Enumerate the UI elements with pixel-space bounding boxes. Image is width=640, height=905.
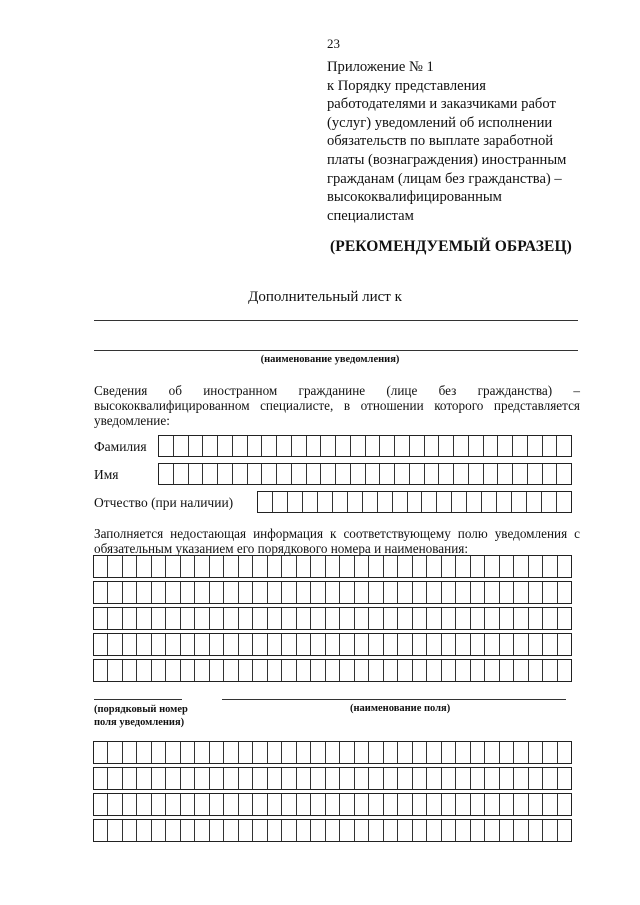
char-cell[interactable] bbox=[248, 436, 263, 456]
char-cell[interactable] bbox=[224, 582, 238, 603]
char-cell[interactable] bbox=[369, 582, 383, 603]
char-cell[interactable] bbox=[210, 768, 224, 789]
char-cell[interactable] bbox=[311, 660, 325, 681]
char-cell[interactable] bbox=[369, 660, 383, 681]
char-cell[interactable] bbox=[355, 556, 369, 577]
char-cell[interactable] bbox=[224, 608, 238, 629]
char-cell[interactable] bbox=[529, 582, 543, 603]
notification-name-line-2[interactable] bbox=[94, 350, 578, 351]
char-cell[interactable] bbox=[253, 794, 267, 815]
char-cell[interactable] bbox=[282, 556, 296, 577]
char-cell[interactable] bbox=[326, 820, 340, 841]
char-cell[interactable] bbox=[152, 820, 166, 841]
char-cell[interactable] bbox=[307, 464, 322, 484]
char-cell[interactable] bbox=[427, 608, 441, 629]
char-cell[interactable] bbox=[514, 582, 528, 603]
char-cell[interactable] bbox=[108, 556, 122, 577]
char-cell[interactable] bbox=[152, 768, 166, 789]
char-cell[interactable] bbox=[485, 820, 499, 841]
char-cell[interactable] bbox=[398, 742, 412, 763]
char-cell[interactable] bbox=[181, 608, 195, 629]
char-cell[interactable] bbox=[514, 794, 528, 815]
char-cell[interactable] bbox=[189, 436, 204, 456]
char-cell[interactable] bbox=[203, 464, 218, 484]
grid-row[interactable] bbox=[93, 767, 572, 790]
char-cell[interactable] bbox=[484, 464, 499, 484]
char-cell[interactable] bbox=[512, 492, 527, 512]
char-cell[interactable] bbox=[277, 464, 292, 484]
char-cell[interactable] bbox=[333, 492, 348, 512]
char-cell[interactable] bbox=[137, 608, 151, 629]
grid-row[interactable] bbox=[93, 659, 572, 682]
char-cell[interactable] bbox=[210, 660, 224, 681]
char-cell[interactable] bbox=[514, 634, 528, 655]
char-cell[interactable] bbox=[471, 742, 485, 763]
char-cell[interactable] bbox=[500, 556, 514, 577]
char-cell[interactable] bbox=[181, 556, 195, 577]
char-cell[interactable] bbox=[485, 768, 499, 789]
char-cell[interactable] bbox=[239, 660, 253, 681]
char-cell[interactable] bbox=[336, 436, 351, 456]
char-cell[interactable] bbox=[282, 768, 296, 789]
char-cell[interactable] bbox=[413, 582, 427, 603]
char-cell[interactable] bbox=[529, 768, 543, 789]
char-cell[interactable] bbox=[500, 820, 514, 841]
char-cell[interactable] bbox=[355, 634, 369, 655]
char-cell[interactable] bbox=[485, 794, 499, 815]
char-cell[interactable] bbox=[543, 742, 557, 763]
char-cell[interactable] bbox=[557, 464, 571, 484]
char-cell[interactable] bbox=[224, 742, 238, 763]
char-cell[interactable] bbox=[355, 794, 369, 815]
char-cell[interactable] bbox=[297, 608, 311, 629]
char-cell[interactable] bbox=[500, 634, 514, 655]
char-cell[interactable] bbox=[94, 556, 108, 577]
char-cell[interactable] bbox=[348, 492, 363, 512]
char-cell[interactable] bbox=[529, 608, 543, 629]
char-cell[interactable] bbox=[218, 436, 233, 456]
char-cell[interactable] bbox=[529, 820, 543, 841]
char-cell[interactable] bbox=[442, 820, 456, 841]
char-cell[interactable] bbox=[442, 768, 456, 789]
char-cell[interactable] bbox=[427, 820, 441, 841]
char-cell[interactable] bbox=[297, 634, 311, 655]
char-cell[interactable] bbox=[297, 582, 311, 603]
char-cell[interactable] bbox=[166, 582, 180, 603]
char-cell[interactable] bbox=[297, 660, 311, 681]
char-cell[interactable] bbox=[413, 768, 427, 789]
grid-row[interactable] bbox=[93, 581, 572, 604]
char-cell[interactable] bbox=[159, 464, 174, 484]
char-cell[interactable] bbox=[152, 660, 166, 681]
char-cell[interactable] bbox=[321, 436, 336, 456]
char-cell[interactable] bbox=[340, 608, 354, 629]
char-cell[interactable] bbox=[366, 436, 381, 456]
char-cell[interactable] bbox=[239, 742, 253, 763]
char-cell[interactable] bbox=[123, 768, 137, 789]
char-cell[interactable] bbox=[471, 768, 485, 789]
char-cell[interactable] bbox=[297, 794, 311, 815]
char-cell[interactable] bbox=[471, 794, 485, 815]
char-cell[interactable] bbox=[94, 742, 108, 763]
char-cell[interactable] bbox=[239, 820, 253, 841]
char-cell[interactable] bbox=[336, 464, 351, 484]
char-cell[interactable] bbox=[378, 492, 393, 512]
char-cell[interactable] bbox=[108, 742, 122, 763]
char-cell[interactable] bbox=[166, 742, 180, 763]
char-cell[interactable] bbox=[513, 436, 528, 456]
char-cell[interactable] bbox=[123, 608, 137, 629]
name-field[interactable] bbox=[158, 463, 572, 485]
missing-info-grid[interactable] bbox=[93, 555, 572, 685]
char-cell[interactable] bbox=[442, 742, 456, 763]
char-cell[interactable] bbox=[380, 464, 395, 484]
char-cell[interactable] bbox=[398, 768, 412, 789]
char-cell[interactable] bbox=[311, 608, 325, 629]
char-cell[interactable] bbox=[195, 660, 209, 681]
char-cell[interactable] bbox=[239, 608, 253, 629]
char-cell[interactable] bbox=[456, 582, 470, 603]
char-cell[interactable] bbox=[427, 582, 441, 603]
char-cell[interactable] bbox=[239, 556, 253, 577]
char-cell[interactable] bbox=[123, 582, 137, 603]
char-cell[interactable] bbox=[137, 634, 151, 655]
char-cell[interactable] bbox=[485, 582, 499, 603]
char-cell[interactable] bbox=[340, 660, 354, 681]
char-cell[interactable] bbox=[166, 820, 180, 841]
char-cell[interactable] bbox=[108, 634, 122, 655]
char-cell[interactable] bbox=[137, 582, 151, 603]
char-cell[interactable] bbox=[137, 768, 151, 789]
char-cell[interactable] bbox=[543, 608, 557, 629]
char-cell[interactable] bbox=[94, 582, 108, 603]
char-cell[interactable] bbox=[137, 794, 151, 815]
char-cell[interactable] bbox=[239, 794, 253, 815]
char-cell[interactable] bbox=[442, 660, 456, 681]
char-cell[interactable] bbox=[224, 820, 238, 841]
char-cell[interactable] bbox=[398, 634, 412, 655]
char-cell[interactable] bbox=[369, 608, 383, 629]
char-cell[interactable] bbox=[543, 768, 557, 789]
char-cell[interactable] bbox=[410, 464, 425, 484]
char-cell[interactable] bbox=[398, 608, 412, 629]
char-cell[interactable] bbox=[326, 582, 340, 603]
char-cell[interactable] bbox=[210, 556, 224, 577]
char-cell[interactable] bbox=[557, 436, 571, 456]
char-cell[interactable] bbox=[253, 608, 267, 629]
char-cell[interactable] bbox=[326, 794, 340, 815]
char-cell[interactable] bbox=[137, 660, 151, 681]
char-cell[interactable] bbox=[268, 608, 282, 629]
char-cell[interactable] bbox=[224, 768, 238, 789]
char-cell[interactable] bbox=[484, 436, 499, 456]
char-cell[interactable] bbox=[152, 794, 166, 815]
char-cell[interactable] bbox=[253, 768, 267, 789]
char-cell[interactable] bbox=[94, 634, 108, 655]
char-cell[interactable] bbox=[529, 556, 543, 577]
char-cell[interactable] bbox=[422, 492, 437, 512]
char-cell[interactable] bbox=[369, 742, 383, 763]
char-cell[interactable] bbox=[268, 556, 282, 577]
char-cell[interactable] bbox=[166, 556, 180, 577]
char-cell[interactable] bbox=[292, 436, 307, 456]
char-cell[interactable] bbox=[326, 634, 340, 655]
grid-row[interactable] bbox=[93, 607, 572, 630]
char-cell[interactable] bbox=[355, 820, 369, 841]
char-cell[interactable] bbox=[248, 464, 263, 484]
char-cell[interactable] bbox=[528, 436, 543, 456]
grid-row[interactable] bbox=[93, 741, 572, 764]
char-cell[interactable] bbox=[543, 660, 557, 681]
char-cell[interactable] bbox=[456, 742, 470, 763]
char-cell[interactable] bbox=[258, 492, 273, 512]
char-cell[interactable] bbox=[355, 742, 369, 763]
char-cell[interactable] bbox=[558, 794, 571, 815]
char-cell[interactable] bbox=[210, 582, 224, 603]
char-cell[interactable] bbox=[456, 556, 470, 577]
surname-field[interactable] bbox=[158, 435, 572, 457]
char-cell[interactable] bbox=[218, 464, 233, 484]
char-cell[interactable] bbox=[195, 794, 209, 815]
char-cell[interactable] bbox=[485, 556, 499, 577]
char-cell[interactable] bbox=[454, 464, 469, 484]
char-cell[interactable] bbox=[425, 436, 440, 456]
char-cell[interactable] bbox=[123, 794, 137, 815]
notification-name-line-1[interactable] bbox=[94, 320, 578, 321]
char-cell[interactable] bbox=[558, 820, 571, 841]
char-cell[interactable] bbox=[268, 794, 282, 815]
char-cell[interactable] bbox=[471, 660, 485, 681]
char-cell[interactable] bbox=[384, 660, 398, 681]
char-cell[interactable] bbox=[543, 464, 558, 484]
char-cell[interactable] bbox=[123, 556, 137, 577]
char-cell[interactable] bbox=[108, 820, 122, 841]
char-cell[interactable] bbox=[439, 464, 454, 484]
char-cell[interactable] bbox=[427, 660, 441, 681]
char-cell[interactable] bbox=[268, 820, 282, 841]
char-cell[interactable] bbox=[413, 660, 427, 681]
char-cell[interactable] bbox=[253, 820, 267, 841]
char-cell[interactable] bbox=[427, 768, 441, 789]
char-cell[interactable] bbox=[369, 794, 383, 815]
char-cell[interactable] bbox=[514, 820, 528, 841]
char-cell[interactable] bbox=[393, 492, 408, 512]
char-cell[interactable] bbox=[195, 634, 209, 655]
char-cell[interactable] bbox=[369, 768, 383, 789]
grid-row[interactable] bbox=[93, 819, 572, 842]
char-cell[interactable] bbox=[527, 492, 542, 512]
char-cell[interactable] bbox=[384, 556, 398, 577]
char-cell[interactable] bbox=[340, 820, 354, 841]
char-cell[interactable] bbox=[297, 820, 311, 841]
grid-row[interactable] bbox=[93, 633, 572, 656]
char-cell[interactable] bbox=[384, 768, 398, 789]
char-cell[interactable] bbox=[485, 634, 499, 655]
char-cell[interactable] bbox=[340, 768, 354, 789]
char-cell[interactable] bbox=[174, 464, 189, 484]
char-cell[interactable] bbox=[253, 582, 267, 603]
char-cell[interactable] bbox=[558, 556, 571, 577]
char-cell[interactable] bbox=[210, 608, 224, 629]
char-cell[interactable] bbox=[152, 634, 166, 655]
char-cell[interactable] bbox=[384, 582, 398, 603]
char-cell[interactable] bbox=[166, 634, 180, 655]
char-cell[interactable] bbox=[351, 436, 366, 456]
char-cell[interactable] bbox=[277, 436, 292, 456]
char-cell[interactable] bbox=[224, 634, 238, 655]
char-cell[interactable] bbox=[456, 820, 470, 841]
char-cell[interactable] bbox=[340, 556, 354, 577]
char-cell[interactable] bbox=[469, 436, 484, 456]
field-value-grid[interactable] bbox=[93, 741, 572, 845]
char-cell[interactable] bbox=[398, 660, 412, 681]
char-cell[interactable] bbox=[467, 492, 482, 512]
char-cell[interactable] bbox=[189, 464, 204, 484]
char-cell[interactable] bbox=[181, 820, 195, 841]
char-cell[interactable] bbox=[297, 768, 311, 789]
char-cell[interactable] bbox=[469, 464, 484, 484]
char-cell[interactable] bbox=[340, 794, 354, 815]
char-cell[interactable] bbox=[514, 556, 528, 577]
char-cell[interactable] bbox=[543, 820, 557, 841]
char-cell[interactable] bbox=[268, 634, 282, 655]
char-cell[interactable] bbox=[224, 660, 238, 681]
char-cell[interactable] bbox=[181, 768, 195, 789]
char-cell[interactable] bbox=[471, 634, 485, 655]
char-cell[interactable] bbox=[543, 634, 557, 655]
char-cell[interactable] bbox=[498, 436, 513, 456]
char-cell[interactable] bbox=[210, 794, 224, 815]
char-cell[interactable] bbox=[311, 634, 325, 655]
char-cell[interactable] bbox=[384, 820, 398, 841]
char-cell[interactable] bbox=[181, 634, 195, 655]
grid-row[interactable] bbox=[93, 793, 572, 816]
char-cell[interactable] bbox=[273, 492, 288, 512]
char-cell[interactable] bbox=[224, 556, 238, 577]
char-cell[interactable] bbox=[366, 464, 381, 484]
char-cell[interactable] bbox=[410, 436, 425, 456]
char-cell[interactable] bbox=[485, 608, 499, 629]
char-cell[interactable] bbox=[425, 464, 440, 484]
char-cell[interactable] bbox=[239, 768, 253, 789]
char-cell[interactable] bbox=[500, 608, 514, 629]
char-cell[interactable] bbox=[471, 820, 485, 841]
char-cell[interactable] bbox=[500, 794, 514, 815]
char-cell[interactable] bbox=[413, 634, 427, 655]
char-cell[interactable] bbox=[195, 608, 209, 629]
char-cell[interactable] bbox=[442, 608, 456, 629]
char-cell[interactable] bbox=[181, 742, 195, 763]
char-cell[interactable] bbox=[108, 794, 122, 815]
char-cell[interactable] bbox=[471, 556, 485, 577]
char-cell[interactable] bbox=[456, 660, 470, 681]
char-cell[interactable] bbox=[529, 794, 543, 815]
char-cell[interactable] bbox=[311, 768, 325, 789]
char-cell[interactable] bbox=[123, 660, 137, 681]
char-cell[interactable] bbox=[529, 742, 543, 763]
char-cell[interactable] bbox=[427, 634, 441, 655]
char-cell[interactable] bbox=[94, 660, 108, 681]
char-cell[interactable] bbox=[94, 820, 108, 841]
char-cell[interactable] bbox=[500, 582, 514, 603]
char-cell[interactable] bbox=[442, 634, 456, 655]
char-cell[interactable] bbox=[297, 556, 311, 577]
char-cell[interactable] bbox=[384, 634, 398, 655]
char-cell[interactable] bbox=[181, 582, 195, 603]
char-cell[interactable] bbox=[152, 556, 166, 577]
char-cell[interactable] bbox=[282, 820, 296, 841]
char-cell[interactable] bbox=[456, 794, 470, 815]
char-cell[interactable] bbox=[442, 582, 456, 603]
char-cell[interactable] bbox=[152, 582, 166, 603]
field-number-line[interactable] bbox=[94, 699, 182, 700]
char-cell[interactable] bbox=[326, 556, 340, 577]
char-cell[interactable] bbox=[485, 742, 499, 763]
char-cell[interactable] bbox=[413, 820, 427, 841]
char-cell[interactable] bbox=[485, 660, 499, 681]
char-cell[interactable] bbox=[427, 794, 441, 815]
char-cell[interactable] bbox=[210, 742, 224, 763]
char-cell[interactable] bbox=[498, 464, 513, 484]
char-cell[interactable] bbox=[123, 742, 137, 763]
char-cell[interactable] bbox=[137, 742, 151, 763]
char-cell[interactable] bbox=[94, 608, 108, 629]
char-cell[interactable] bbox=[384, 742, 398, 763]
char-cell[interactable] bbox=[233, 436, 248, 456]
char-cell[interactable] bbox=[413, 794, 427, 815]
char-cell[interactable] bbox=[500, 742, 514, 763]
char-cell[interactable] bbox=[558, 608, 571, 629]
char-cell[interactable] bbox=[398, 556, 412, 577]
char-cell[interactable] bbox=[543, 556, 557, 577]
char-cell[interactable] bbox=[253, 742, 267, 763]
char-cell[interactable] bbox=[239, 634, 253, 655]
char-cell[interactable] bbox=[94, 794, 108, 815]
char-cell[interactable] bbox=[427, 742, 441, 763]
char-cell[interactable] bbox=[355, 608, 369, 629]
char-cell[interactable] bbox=[282, 794, 296, 815]
char-cell[interactable] bbox=[413, 556, 427, 577]
char-cell[interactable] bbox=[152, 742, 166, 763]
char-cell[interactable] bbox=[529, 634, 543, 655]
char-cell[interactable] bbox=[166, 608, 180, 629]
char-cell[interactable] bbox=[413, 742, 427, 763]
char-cell[interactable] bbox=[195, 582, 209, 603]
char-cell[interactable] bbox=[395, 436, 410, 456]
char-cell[interactable] bbox=[203, 436, 218, 456]
char-cell[interactable] bbox=[268, 742, 282, 763]
char-cell[interactable] bbox=[210, 634, 224, 655]
char-cell[interactable] bbox=[282, 742, 296, 763]
char-cell[interactable] bbox=[543, 794, 557, 815]
char-cell[interactable] bbox=[195, 556, 209, 577]
char-cell[interactable] bbox=[380, 436, 395, 456]
char-cell[interactable] bbox=[253, 556, 267, 577]
char-cell[interactable] bbox=[166, 660, 180, 681]
char-cell[interactable] bbox=[398, 794, 412, 815]
char-cell[interactable] bbox=[224, 794, 238, 815]
field-name-line[interactable] bbox=[222, 699, 566, 700]
char-cell[interactable] bbox=[268, 582, 282, 603]
char-cell[interactable] bbox=[137, 820, 151, 841]
char-cell[interactable] bbox=[239, 582, 253, 603]
char-cell[interactable] bbox=[311, 820, 325, 841]
char-cell[interactable] bbox=[268, 660, 282, 681]
char-cell[interactable] bbox=[282, 634, 296, 655]
char-cell[interactable] bbox=[123, 820, 137, 841]
char-cell[interactable] bbox=[297, 742, 311, 763]
char-cell[interactable] bbox=[195, 820, 209, 841]
